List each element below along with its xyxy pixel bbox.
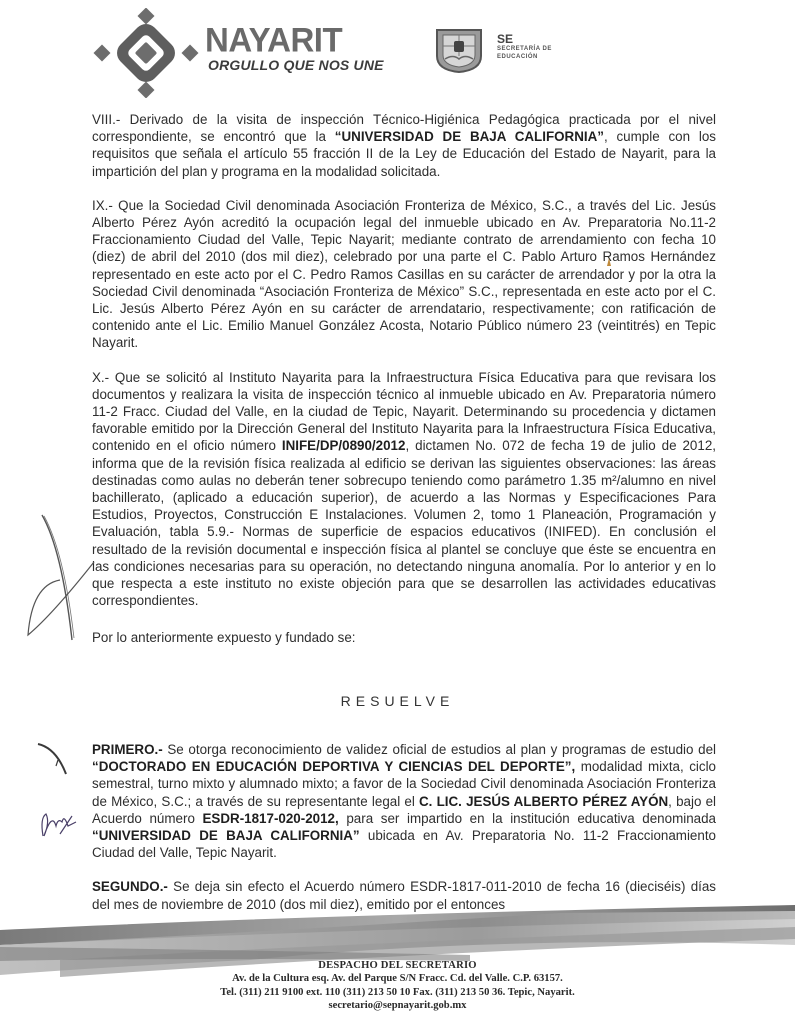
footer-contact: DESPACHO DEL SECRETARIO Av. de la Cultur… <box>0 959 795 1013</box>
closing-line: Por lo anteriormente expuesto y fundado … <box>92 629 716 646</box>
program-name: “DOCTORADO EN EDUCACIÓN DEPORTIVA Y CIEN… <box>92 759 575 774</box>
initial-mark-check <box>36 740 76 780</box>
agreement-number: ESDR-1817-020-2012, <box>203 811 339 826</box>
resolution-label: PRIMERO.- <box>92 742 163 757</box>
paragraph-ix: IX.- Que la Sociedad Civil denominada As… <box>92 197 716 352</box>
oficio-number: INIFE/DP/0890/2012 <box>282 438 406 453</box>
footer-email[interactable]: secretario@sepnayarit.gob.mx <box>0 999 795 1012</box>
footer-office-title: DESPACHO DEL SECRETARIO <box>0 959 795 972</box>
signature-mark-large <box>22 510 102 650</box>
text: , dictamen No. 072 de fecha 19 de julio … <box>92 438 716 608</box>
nayarit-emblem-icon <box>88 8 208 98</box>
text: Se otorga reconocimiento de validez ofic… <box>163 742 716 757</box>
state-shield-icon <box>433 26 485 74</box>
agency-acronym: SE <box>497 33 552 45</box>
resolution-label: SEGUNDO.- <box>92 879 168 894</box>
paragraph-viii: VIII.- Derivado de la visita de inspecci… <box>92 111 716 180</box>
university-name: “UNIVERSIDAD DE BAJA CALIFORNIA” <box>92 828 360 843</box>
brand-block: NAYARIT ORGULLO QUE NOS UNE <box>205 24 384 73</box>
agency-name-line1: SECRETARÍA DE <box>497 45 552 53</box>
resolve-heading: RESUELVE <box>0 693 795 709</box>
footer-address: Av. de la Cultura esq. Av. del Parque S/… <box>0 972 795 985</box>
university-name: “UNIVERSIDAD DE BAJA CALIFORNIA” <box>335 129 604 144</box>
initial-mark-signature <box>38 808 83 843</box>
agency-name-line2: EDUCACIÓN <box>497 53 552 61</box>
brand-tagline: ORGULLO QUE NOS UNE <box>208 57 384 73</box>
brand-name: NAYARIT <box>205 23 384 57</box>
ink-dot <box>606 258 612 266</box>
resolution-primero: PRIMERO.- Se otorga reconocimiento de va… <box>92 741 716 861</box>
legal-representative: C. LIC. JESÚS ALBERTO PÉREZ AYÓN <box>419 794 668 809</box>
document-body: VIII.- Derivado de la visita de inspecci… <box>92 111 716 647</box>
agency-block: SE SECRETARÍA DE EDUCACIÓN <box>497 33 552 61</box>
resolution-body: PRIMERO.- Se otorga reconocimiento de va… <box>92 741 716 930</box>
paragraph-x: X.- Que se solicitó al Instituto Nayarit… <box>92 369 716 610</box>
text: para ser impartido en la institución edu… <box>339 811 716 826</box>
letterhead: NAYARIT ORGULLO QUE NOS UNE SE SECRETARÍ… <box>0 0 795 100</box>
footer-phones: Tel. (311) 211 9100 ext. 110 (311) 213 5… <box>0 986 795 999</box>
